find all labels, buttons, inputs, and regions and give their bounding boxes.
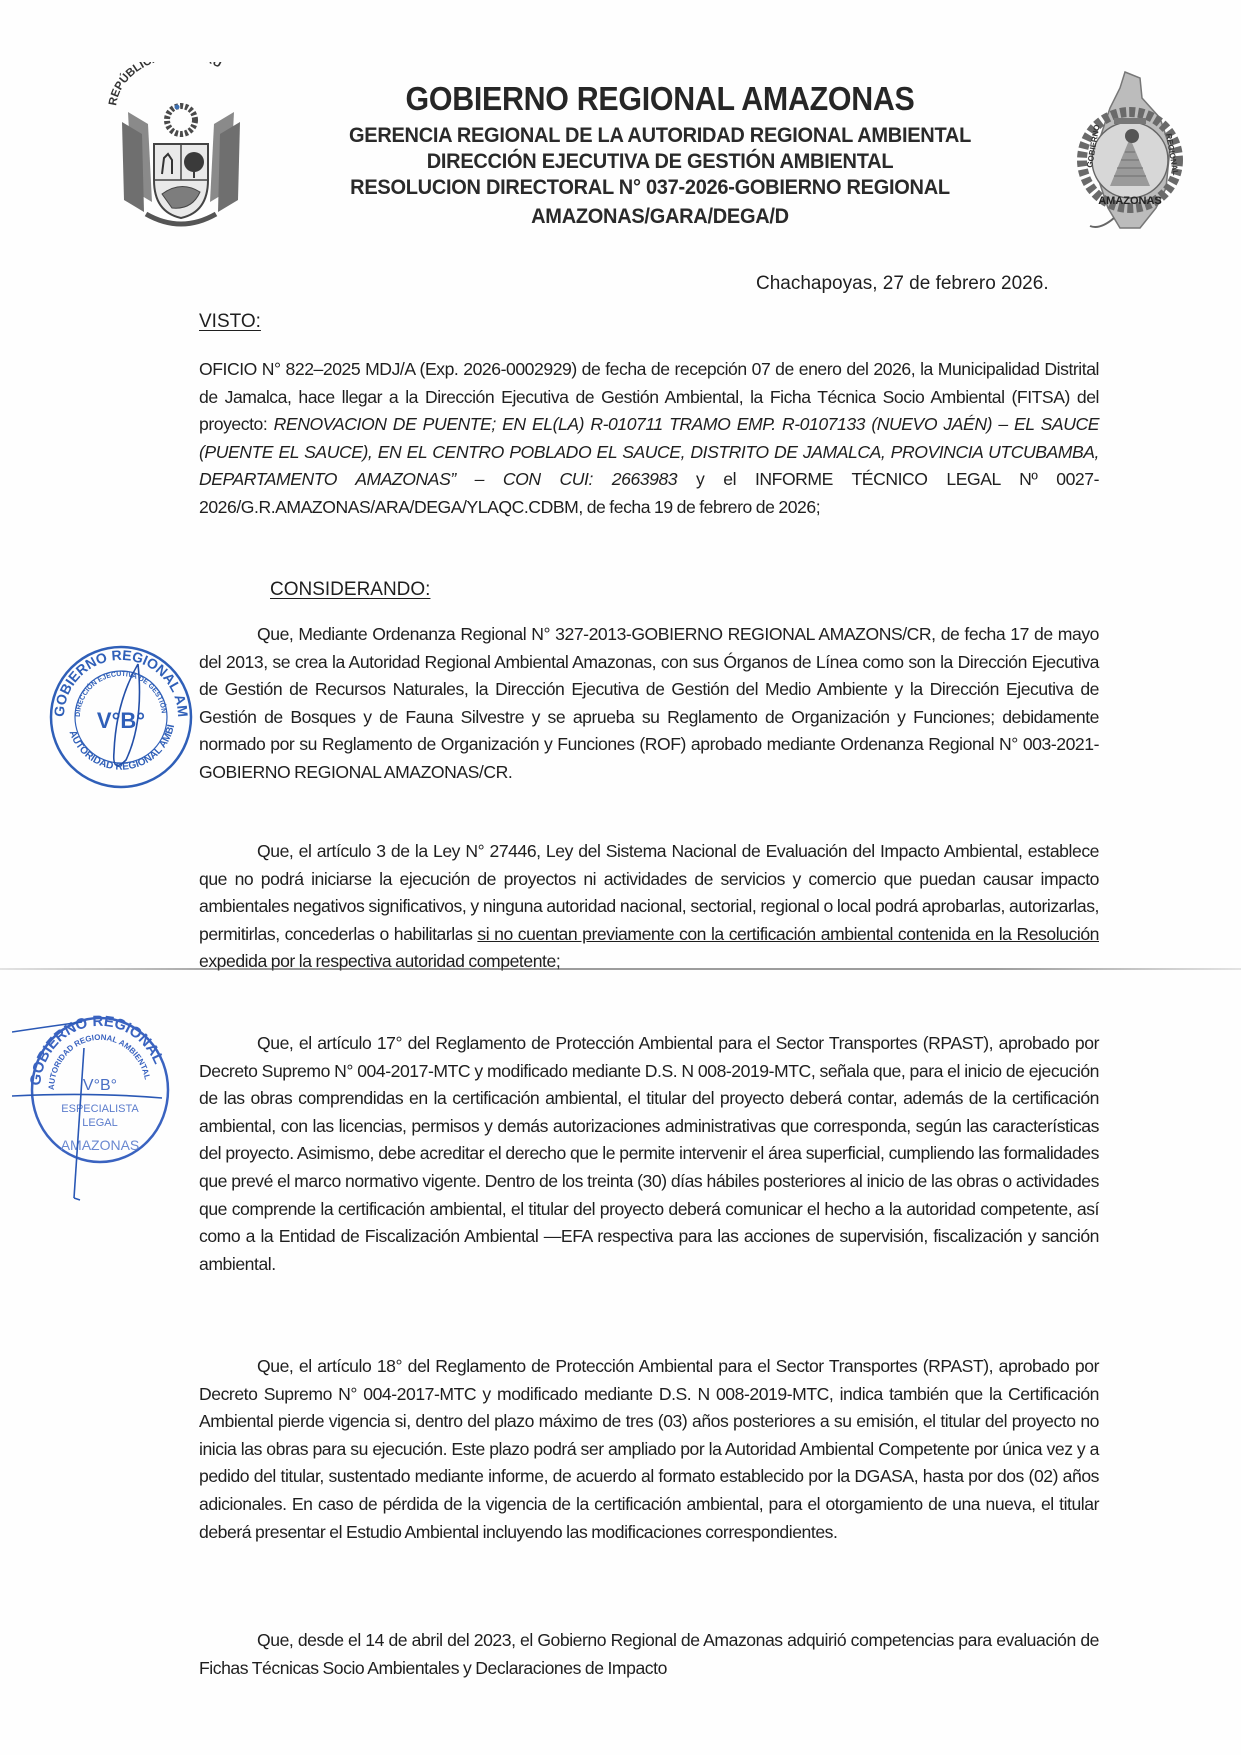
visto-paragraph: OFICIO N° 822–2025 MDJ/A (Exp. 2026-0002… — [199, 356, 1099, 522]
vb-legal-stamp-icon: GOBIERNO REGIONAL AUTORIDAD REGIONAL AMB… — [12, 1008, 182, 1208]
resolution-number-suffix: AMAZONAS/GARA/DEGA/D — [297, 204, 1022, 229]
header-subtitle-gerencia: GERENCIA REGIONAL DE LA AUTORIDAD REGION… — [297, 123, 1022, 148]
peru-coat-of-arms-icon: REPÚBLICA DEL PERÚ — [106, 62, 256, 232]
resolution-number: RESOLUCION DIRECTORAL N° 037-2026-GOBIER… — [278, 175, 1022, 200]
section-heading-visto: VISTO: — [199, 308, 261, 336]
vb-stamp-icon: GOBIERNO REGIONAL AMAZONAS DIRECCIÓN EJE… — [46, 642, 196, 792]
considerando-paragraph-4: Que, el artículo 18° del Reglamento de P… — [199, 1353, 1099, 1546]
svg-text:REPÚBLICA DEL PERÚ: REPÚBLICA DEL PERÚ — [107, 62, 224, 107]
svg-text:AMAZONAS: AMAZONAS — [61, 1137, 140, 1153]
considerando-paragraph-2: Que, el artículo 3 de la Ley N° 27446, L… — [199, 838, 1099, 976]
section-heading-considerando: CONSIDERANDO: — [270, 576, 430, 604]
header-subtitle-direccion: DIRECCIÓN EJECUTIVA DE GESTIÓN AMBIENTAL — [297, 149, 1022, 174]
considerando-paragraph-5: Que, desde el 14 de abril del 2023, el G… — [199, 1627, 1099, 1682]
considerando-paragraph-1: Que, Mediante Ordenanza Regional N° 327-… — [199, 621, 1099, 787]
document-page: REPÚBLICA DEL PERÚ GOBIERNO REGIONAL AMA… — [0, 0, 1241, 1755]
svg-text:ESPECIALISTA: ESPECIALISTA — [61, 1103, 139, 1115]
svg-text:GOBIERNO REGIONAL AMAZONAS: GOBIERNO REGIONAL AMAZONAS — [46, 642, 191, 718]
underlined-clause: si no cuentan previamente con la certifi… — [477, 924, 1099, 944]
svg-text:LEGAL: LEGAL — [82, 1117, 117, 1129]
considerando-paragraph-3: Que, el artículo 17° del Reglamento de P… — [199, 1030, 1099, 1278]
svg-text:V°B°: V°B° — [83, 1077, 117, 1094]
document-title: GOBIERNO REGIONAL AMAZONAS — [301, 80, 1019, 118]
gobierno-regional-amazonas-emblem-icon: AMAZONAS GOBIERNO REGIONAL — [1070, 68, 1190, 234]
scan-fold-line — [0, 968, 1241, 970]
document-date: Chachapoyas, 27 de febrero 2026. — [756, 270, 1049, 298]
svg-text:AMAZONAS: AMAZONAS — [1098, 195, 1162, 207]
